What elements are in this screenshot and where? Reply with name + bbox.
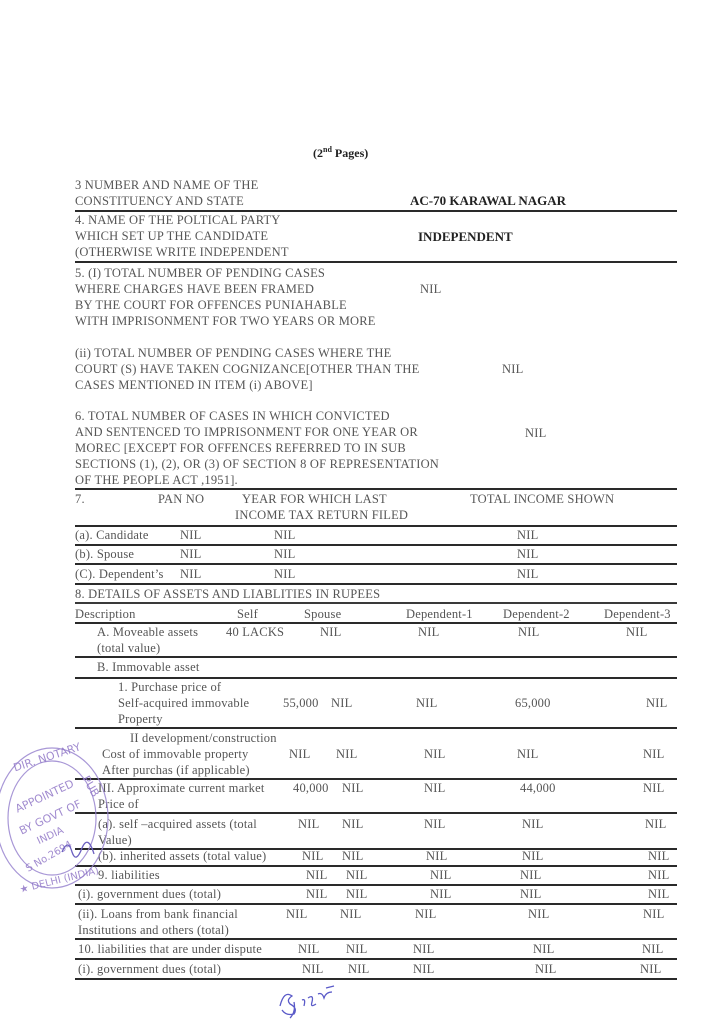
asset-row-value: NIL	[306, 867, 327, 883]
asset-row-description: (a). self –acquired assets (total	[98, 816, 257, 832]
section6-line: 6. TOTAL NUMBER OF CASES IN WHICH CONVIC…	[75, 408, 390, 424]
asset-row-description: (ii). Loans from bank financial	[78, 906, 238, 922]
section6-value: NIL	[525, 425, 546, 441]
section7-number: 7.	[75, 491, 85, 507]
asset-row-value: NIL	[430, 886, 451, 902]
svg-text:DIR. NOTARY: DIR. NOTARY	[12, 742, 83, 774]
asset-row-value: NIL	[342, 780, 363, 796]
section6-line: SECTIONS (1), (2), OR (3) OF SECTION 8 O…	[75, 456, 439, 472]
asset-row-value: NIL	[346, 941, 367, 957]
asset-row-value: NIL	[331, 695, 352, 711]
asset-row-value: NIL	[648, 886, 669, 902]
page-title: (2nd Pages)	[313, 145, 368, 161]
section5-ii-line: CASES MENTIONED IN ITEM (i) ABOVE]	[75, 377, 313, 393]
asset-row-description: B. Immovable asset	[97, 659, 200, 675]
asset-row-value: NIL	[298, 816, 319, 832]
divider	[75, 583, 677, 585]
asset-row-value: NIL	[320, 624, 341, 640]
title-text-post: Pages)	[332, 146, 368, 160]
income-row-year: NIL	[274, 527, 295, 543]
col-year-header-line2: INCOME TAX RETURN FILED	[235, 507, 408, 523]
asset-row-value: NIL	[424, 816, 445, 832]
asset-row-value: NIL	[286, 906, 307, 922]
asset-row-value: NIL	[336, 746, 357, 762]
asset-row-description: (i). government dues (total)	[78, 961, 221, 977]
asset-row-value: NIL	[340, 906, 361, 922]
asset-row-value: NIL	[643, 780, 664, 796]
notary-stamp-icon: DIR. NOTARY PUB APPOINTED BY GOVT OF IND…	[0, 742, 118, 894]
assets-col-header: Dependent-2	[503, 606, 570, 622]
asset-row-value: NIL	[648, 867, 669, 883]
asset-row-value: NIL	[520, 867, 541, 883]
party-value: INDEPENDENT	[418, 229, 513, 245]
asset-row-value: 40,000	[293, 780, 329, 796]
section5-ii-line: COURT (S) HAVE TAKEN COGNIZANCE[OTHER TH…	[75, 361, 419, 377]
asset-row-value: NIL	[648, 848, 669, 864]
asset-row-description: 1. Purchase price of	[118, 679, 221, 695]
section5-i-line: WHERE CHARGES HAVE BEEN FRAMED	[75, 281, 314, 297]
asset-row-value: NIL	[533, 941, 554, 957]
income-row-label: (C). Dependent’s	[75, 566, 164, 582]
income-row-income: NIL	[517, 546, 538, 562]
asset-row-value: NIL	[528, 906, 549, 922]
asset-row-value: NIL	[643, 746, 664, 762]
assets-col-header: Dependent-3	[604, 606, 671, 622]
asset-row-value: NIL	[418, 624, 439, 640]
divider	[75, 727, 677, 729]
asset-row-value: NIL	[518, 624, 539, 640]
section5-i-line: BY THE COURT FOR OFFENCES PUNIAHABLE	[75, 297, 347, 313]
col-pan-header: PAN NO	[158, 491, 204, 507]
asset-row-value: NIL	[424, 746, 445, 762]
asset-row-value: NIL	[413, 941, 434, 957]
income-row-year: NIL	[274, 546, 295, 562]
col-income-header: TOTAL INCOME SHOWN	[470, 491, 614, 507]
title-text: (2	[313, 146, 323, 160]
asset-row-value: NIL	[522, 816, 543, 832]
section3-label-line1: 3 NUMBER AND NAME OF THE	[75, 177, 258, 193]
asset-row-description: (b). inherited assets (total value)	[98, 848, 266, 864]
col-year-header-line1: YEAR FOR WHICH LAST	[242, 491, 387, 507]
divider	[75, 865, 677, 867]
asset-row-value: NIL	[413, 961, 434, 977]
income-row-year: NIL	[274, 566, 295, 582]
asset-row-value: NIL	[646, 695, 667, 711]
assets-col-header: Self	[237, 606, 258, 622]
asset-row-value: NIL	[645, 816, 666, 832]
divider	[75, 544, 677, 546]
divider	[75, 958, 677, 960]
asset-row-value: NIL	[302, 848, 323, 864]
income-row-pan: NIL	[180, 546, 201, 562]
asset-row-description: Cost of immovable property	[102, 746, 249, 762]
section6-line: OF THE PEOPLE ACT ,1951].	[75, 472, 238, 488]
asset-row-description: (total value)	[97, 640, 160, 656]
section5-ii-value: NIL	[502, 361, 523, 377]
assets-col-header: Spouse	[304, 606, 341, 622]
section5-i-line: WITH IMPRISONMENT FOR TWO YEARS OR MORE	[75, 313, 376, 329]
svg-text:PUB: PUB	[79, 774, 101, 800]
asset-row-value: 65,000	[515, 695, 551, 711]
section5-i-line: 5. (I) TOTAL NUMBER OF PENDING CASES	[75, 265, 325, 281]
divider	[75, 563, 677, 565]
asset-row-value: NIL	[415, 906, 436, 922]
asset-row-value: NIL	[342, 848, 363, 864]
section4-label-line1: 4. NAME OF THE POLTICAL PARTY	[75, 212, 281, 228]
income-row-income: NIL	[517, 566, 538, 582]
income-row-label: (a). Candidate	[75, 527, 149, 543]
asset-row-value: NIL	[430, 867, 451, 883]
asset-row-value: NIL	[426, 848, 447, 864]
section8-heading: 8. DETAILS OF ASSETS AND LIABLITIES IN R…	[75, 586, 380, 602]
income-row-pan: NIL	[180, 566, 201, 582]
asset-row-value: NIL	[535, 961, 556, 977]
asset-row-value: NIL	[520, 886, 541, 902]
asset-row-description: Self-acquired immovable	[118, 695, 249, 711]
asset-row-value: NIL	[424, 780, 445, 796]
divider	[75, 938, 677, 940]
divider	[75, 525, 677, 527]
divider	[75, 261, 677, 263]
asset-row-value: NIL	[289, 746, 310, 762]
assets-col-header: Description	[75, 606, 136, 622]
section5-ii-line: (ii) TOTAL NUMBER OF PENDING CASES WHERE…	[75, 345, 392, 361]
asset-row-description: Property	[118, 711, 163, 727]
asset-row-value: NIL	[640, 961, 661, 977]
signature-icon	[272, 980, 342, 1020]
asset-row-value: NIL	[348, 961, 369, 977]
section4-label-line2: WHICH SET UP THE CANDIDATE	[75, 228, 268, 244]
divider	[75, 812, 677, 814]
asset-row-value: NIL	[302, 961, 323, 977]
constituency-value: AC-70 KARAWAL NAGAR	[410, 193, 566, 209]
divider	[75, 903, 677, 905]
divider	[75, 656, 677, 658]
asset-row-value: NIL	[346, 886, 367, 902]
asset-row-value: NIL	[306, 886, 327, 902]
income-row-income: NIL	[517, 527, 538, 543]
divider	[75, 602, 677, 604]
income-row-pan: NIL	[180, 527, 201, 543]
asset-row-description: II development/construction	[130, 730, 277, 746]
asset-row-value: NIL	[342, 816, 363, 832]
asset-row-description: III. Approximate current market	[98, 780, 265, 796]
asset-row-value: NIL	[346, 867, 367, 883]
asset-row-description: A. Moveable assets	[97, 624, 198, 640]
divider	[75, 978, 677, 980]
assets-col-header: Dependent-1	[406, 606, 473, 622]
asset-row-value: NIL	[517, 746, 538, 762]
section6-line: MOREC [EXCEPT FOR OFFENCES REFERRED TO I…	[75, 440, 406, 456]
section3-label-line2: CONSTITUENCY AND STATE	[75, 193, 244, 209]
section4-label-line3: (OTHERWISE WRITE INDEPENDENT	[75, 244, 289, 260]
asset-row-description: 10. liabilities that are under dispute	[78, 941, 262, 957]
section5-i-value: NIL	[420, 281, 441, 297]
section6-line: AND SENTENCED TO IMPRISONMENT FOR ONE YE…	[75, 424, 418, 440]
asset-row-value: 40 LACKS	[226, 624, 284, 640]
asset-row-value: NIL	[522, 848, 543, 864]
asset-row-description: After purchas (if applicable)	[102, 762, 250, 778]
asset-row-value: NIL	[626, 624, 647, 640]
title-sup: nd	[323, 145, 332, 154]
asset-row-value: 55,000	[283, 695, 319, 711]
asset-row-value: NIL	[643, 906, 664, 922]
divider	[75, 488, 677, 490]
asset-row-value: NIL	[298, 941, 319, 957]
asset-row-value: NIL	[642, 941, 663, 957]
asset-row-description: Institutions and others (total)	[78, 922, 229, 938]
asset-row-value: 44,000	[520, 780, 556, 796]
asset-row-value: NIL	[416, 695, 437, 711]
income-row-label: (b). Spouse	[75, 546, 134, 562]
